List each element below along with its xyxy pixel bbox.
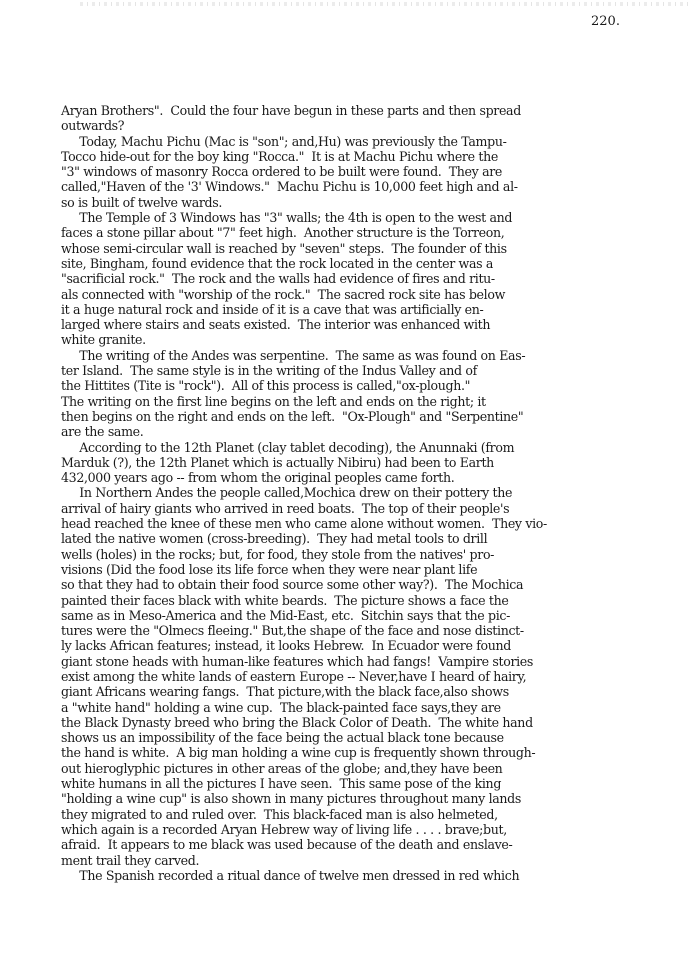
text-line: whose semi-circular wall is reached by "… xyxy=(61,241,681,256)
scan-artifact-top xyxy=(80,2,689,6)
text-line: Aryan Brothers". Could the four have beg… xyxy=(61,103,681,118)
text-line: als connected with "worship of the rock.… xyxy=(61,287,681,302)
text-line: In Northern Andes the people called,Moch… xyxy=(61,485,681,500)
text-line: head reached the knee of these men who c… xyxy=(61,516,681,531)
text-line: which again is a recorded Aryan Hebrew w… xyxy=(61,822,681,837)
text-line: The writing on the first line begins on … xyxy=(61,394,681,409)
text-line: ter Island. The same style is in the wri… xyxy=(61,363,681,378)
text-line: site, Bingham, found evidence that the r… xyxy=(61,256,681,271)
text-line: The Spanish recorded a ritual dance of t… xyxy=(61,868,681,883)
text-line: The writing of the Andes was serpentine.… xyxy=(61,348,681,363)
text-line: called,"Haven of the '3' Windows." Machu… xyxy=(61,179,681,194)
text-line: afraid. It appears to me black was used … xyxy=(61,837,681,852)
typewritten-body-text: Aryan Brothers". Could the four have beg… xyxy=(61,103,681,883)
text-line: Tocco hide-out for the boy king "Rocca."… xyxy=(61,149,681,164)
text-line: the hand is white. A big man holding a w… xyxy=(61,745,681,760)
text-line: wells (holes) in the rocks; but, for foo… xyxy=(61,547,681,562)
text-line: 432,000 years ago -- from whom the origi… xyxy=(61,470,681,485)
text-line: ment trail they carved. xyxy=(61,853,681,868)
text-line: so is built of twelve wards. xyxy=(61,195,681,210)
text-line: white humans in all the pictures I have … xyxy=(61,776,681,791)
text-line: painted their faces black with white bea… xyxy=(61,593,681,608)
text-line: larged where stairs and seats existed. T… xyxy=(61,317,681,332)
text-line: are the same. xyxy=(61,424,681,439)
text-line: outwards? xyxy=(61,118,681,133)
text-line: white granite. xyxy=(61,332,681,347)
text-line: then begins on the right and ends on the… xyxy=(61,409,681,424)
text-line: the Black Dynasty breed who bring the Bl… xyxy=(61,715,681,730)
text-line: ly lacks African features; instead, it l… xyxy=(61,638,681,653)
text-line: so that they had to obtain their food so… xyxy=(61,577,681,592)
text-line: The Temple of 3 Windows has "3" walls; t… xyxy=(61,210,681,225)
text-line: giant Africans wearing fangs. That pictu… xyxy=(61,684,681,699)
text-line: "sacrificial rock." The rock and the wal… xyxy=(61,271,681,286)
text-line: out hieroglyphic pictures in other areas… xyxy=(61,761,681,776)
text-line: According to the 12th Planet (clay table… xyxy=(61,440,681,455)
text-line: a "white hand" holding a wine cup. The b… xyxy=(61,700,681,715)
text-line: "holding a wine cup" is also shown in ma… xyxy=(61,791,681,806)
text-line: they migrated to and ruled over. This bl… xyxy=(61,807,681,822)
text-line: the Hittites (Tite is "rock"). All of th… xyxy=(61,378,681,393)
text-line: arrival of hairy giants who arrived in r… xyxy=(61,501,681,516)
text-line: "3" windows of masonry Rocca ordered to … xyxy=(61,164,681,179)
text-line: Today, Machu Pichu (Mac is "son"; and,Hu… xyxy=(61,134,681,149)
text-line: exist among the white lands of eastern E… xyxy=(61,669,681,684)
text-line: same as in Meso-America and the Mid-East… xyxy=(61,608,681,623)
text-line: tures were the "Olmecs fleeing." But,the… xyxy=(61,623,681,638)
text-line: giant stone heads with human-like featur… xyxy=(61,654,681,669)
text-line: shows us an impossibility of the face be… xyxy=(61,730,681,745)
text-line: it a huge natural rock and inside of it … xyxy=(61,302,681,317)
text-line: Marduk (?), the 12th Planet which is act… xyxy=(61,455,681,470)
text-line: visions (Did the food lose its life forc… xyxy=(61,562,681,577)
text-line: lated the native women (cross-breeding).… xyxy=(61,531,681,546)
page-number: 220. xyxy=(591,14,620,29)
text-line: faces a stone pillar about "7" feet high… xyxy=(61,225,681,240)
